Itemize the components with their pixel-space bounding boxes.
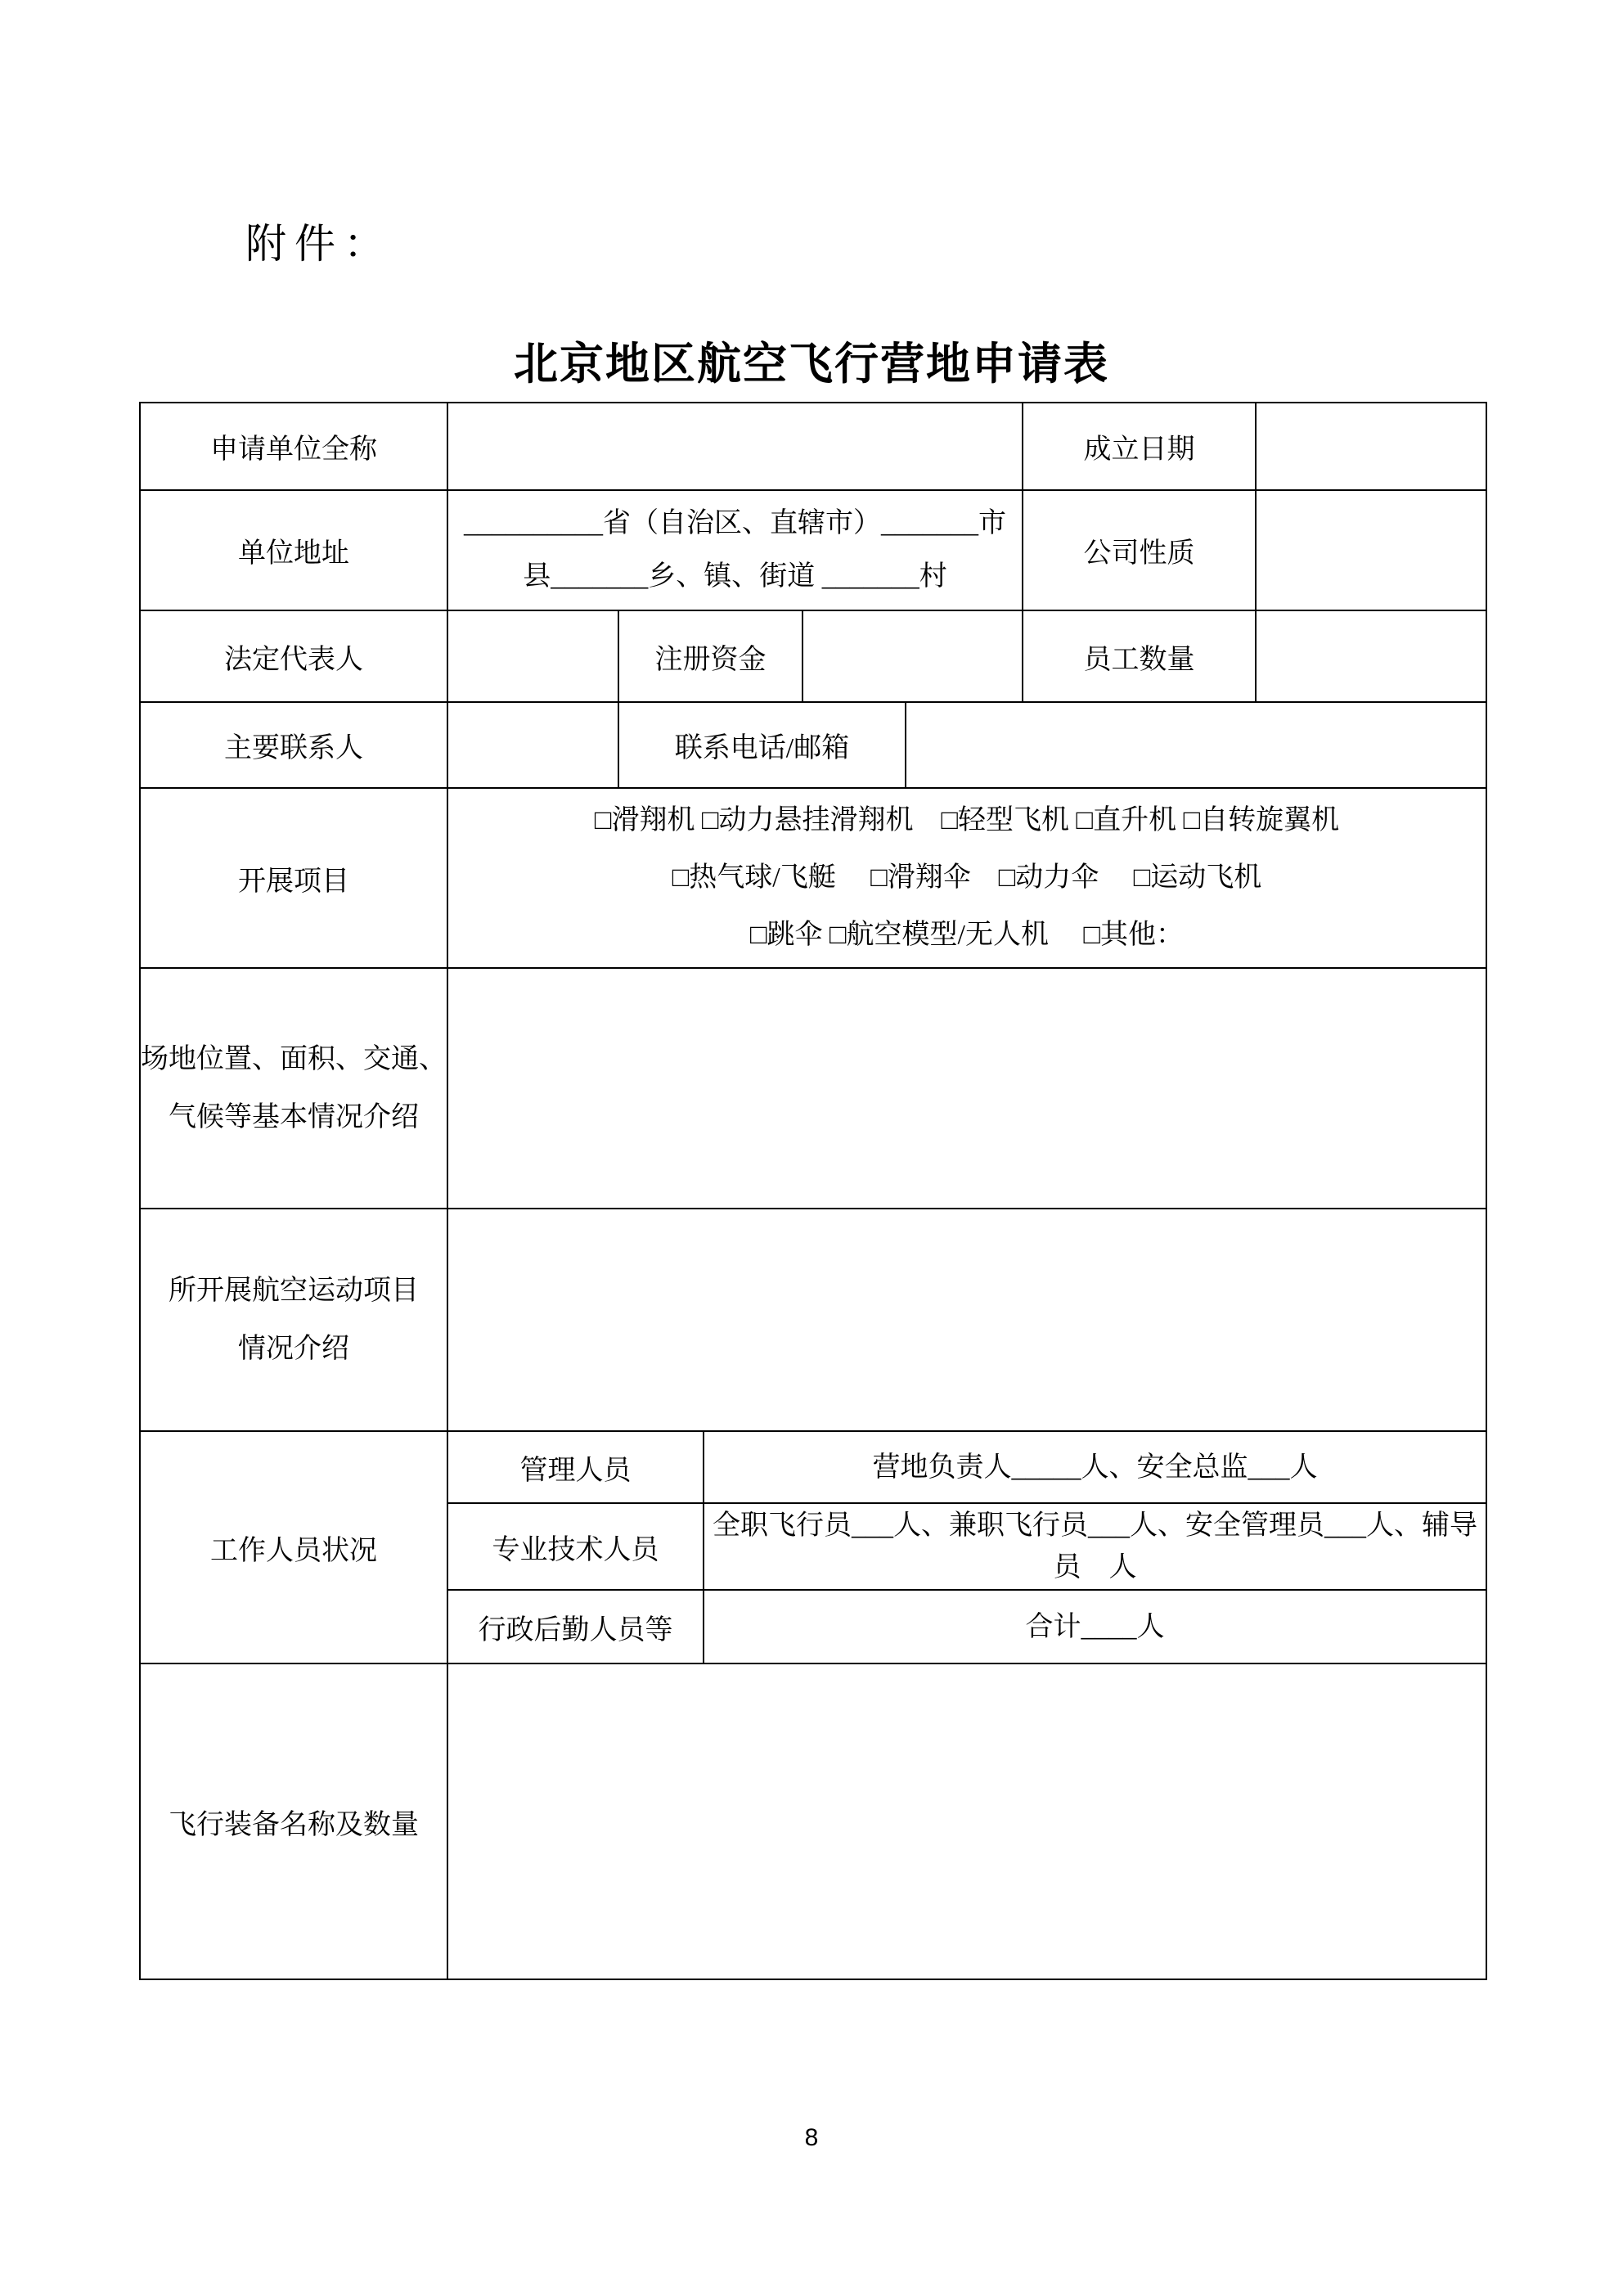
row-legal-rep: 法定代表人 注册资金 员工数量 [140,610,1486,702]
contact-phone-email-label-cell: 联系电话/邮箱 [618,702,906,788]
row-projects: 开展项目 □滑翔机 □动力悬挂滑翔机 □轻型飞机 □直升机 □自转旋翼机 □热气… [140,788,1486,968]
site-info-value-cell [447,968,1486,1209]
company-nature-label-cell: 公司性质 [1023,490,1256,610]
row-contact: 主要联系人 联系电话/邮箱 [140,702,1486,788]
application-table: 申请单位全称 成立日期 单位地址 __________省（自治区、直辖市）___… [139,402,1487,1980]
registered-capital-value-cell [803,610,1023,702]
established-date-label-cell: 成立日期 [1023,403,1256,490]
staff-category-cell: 管理人员 [447,1431,704,1503]
staff-category-cell: 行政后勤人员等 [447,1590,704,1663]
staff-category-cell: 专业技术人员 [447,1503,704,1590]
employee-count-value-cell [1256,610,1486,702]
projects-options-cell: □滑翔机 □动力悬挂滑翔机 □轻型飞机 □直升机 □自转旋翼机 □热气球/飞艇 … [447,788,1486,968]
legal-rep-value-cell [447,610,618,702]
company-nature-value-cell [1256,490,1486,610]
main-contact-value-cell [447,702,618,788]
equipment-label-cell: 飞行装备名称及数量 [140,1663,447,1979]
page-title: 北京地区航空飞行营地申请表 [0,329,1623,392]
page-number: 8 [0,2124,1623,2152]
address-value-cell: __________省（自治区、直辖市）_______市 县_______乡、镇… [447,490,1023,610]
employee-count-label-cell: 员工数量 [1023,610,1256,702]
address-label-cell: 单位地址 [140,490,447,610]
contact-phone-email-value-cell [906,702,1486,788]
established-date-value-cell [1256,403,1486,490]
row-applicant: 申请单位全称 成立日期 [140,403,1486,490]
sports-info-value-cell [447,1209,1486,1431]
document-page: 附件： 北京地区航空飞行营地申请表 申请单位全称 成立日期 单位地址 _____… [0,0,1623,2296]
applicant-name-value-cell [447,403,1023,490]
project-option-line: □滑翔机 □动力悬挂滑翔机 □轻型飞机 □直升机 □自转旋翼机 [448,792,1486,849]
staff-status-label-cell: 工作人员状况 [140,1431,447,1663]
registered-capital-label-cell: 注册资金 [618,610,803,702]
projects-label-cell: 开展项目 [140,788,447,968]
site-info-label-cell: 场地位置、面积、交通、 气候等基本情况介绍 [140,968,447,1209]
project-option-line: □跳伞 □航空模型/无人机 □其他： [448,907,1486,964]
staff-detail-cell: 合计____人 [704,1590,1486,1663]
main-contact-label-cell: 主要联系人 [140,702,447,788]
equipment-value-cell [447,1663,1486,1979]
row-site-info: 场地位置、面积、交通、 气候等基本情况介绍 [140,968,1486,1209]
applicant-name-label-cell: 申请单位全称 [140,403,447,490]
sports-info-label-cell: 所开展航空运动项目 情况介绍 [140,1209,447,1431]
row-staff-management: 工作人员状况 管理人员 营地负责人_____人、安全总监___人 [140,1431,1486,1503]
legal-rep-label-cell: 法定代表人 [140,610,447,702]
staff-detail-cell: 营地负责人_____人、安全总监___人 [704,1431,1486,1503]
staff-detail-cell: 全职飞行员___人、兼职飞行员___人、安全管理员___人、辅导员 人 [704,1503,1486,1590]
row-address: 单位地址 __________省（自治区、直辖市）_______市 县_____… [140,490,1486,610]
project-option-line: □热气球/飞艇 □滑翔伞 □动力伞 □运动飞机 [448,849,1486,907]
row-sports-info: 所开展航空运动项目 情况介绍 [140,1209,1486,1431]
row-equipment: 飞行装备名称及数量 [140,1663,1486,1979]
attachment-label: 附件： [245,211,393,270]
